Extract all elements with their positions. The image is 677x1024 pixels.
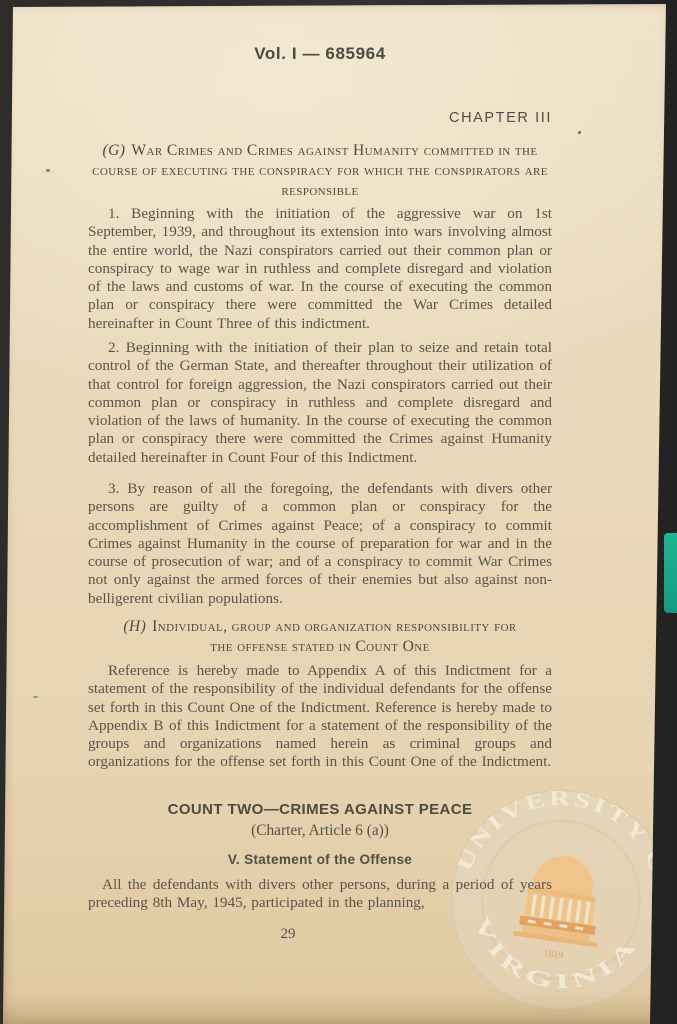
- count-two-heading: COUNT TWO—CRIMES AGAINST PEACE: [88, 801, 552, 818]
- count-two-opening-paragraph: All the defendants with divers other per…: [88, 876, 552, 913]
- scanned-book-page: { "page": { "volume_header": "Vol. I — 6…: [0, 0, 677, 1024]
- paper-speck: [578, 131, 581, 134]
- chapter-label: CHAPTER III: [88, 110, 552, 126]
- section-g-title: War Crimes and Crimes against Humanity c…: [92, 142, 548, 199]
- statement-of-offense-heading: V. Statement of the Offense: [88, 852, 552, 867]
- paper-speck: [33, 696, 38, 698]
- reference-paragraph: Reference is hereby made to Appendix A o…: [88, 662, 552, 772]
- page-number: 29: [88, 926, 488, 943]
- section-h-title: Individual, group and organization respo…: [152, 618, 517, 655]
- paragraph-2: 2. Beginning with the initiation of thei…: [88, 339, 552, 467]
- volume-header: Vol. I — 685964: [88, 44, 552, 64]
- paragraph-3: 3. By reason of all the foregoing, the d…: [88, 480, 552, 608]
- paragraph-1: 1. Beginning with the initiation of the …: [88, 205, 552, 333]
- bookmark-band: [664, 533, 677, 613]
- paper-speck: [46, 169, 50, 172]
- section-g-prefix: (G): [103, 142, 126, 159]
- section-h-prefix: (H): [123, 618, 146, 635]
- section-g-heading: (G)War Crimes and Crimes against Humanit…: [88, 141, 552, 201]
- section-h-heading: (H)Individual, group and organization re…: [88, 617, 552, 657]
- book-page: UNIVERSITY OF VIRGINIA: [0, 0, 677, 1024]
- charter-article-line: (Charter, Article 6 (a)): [88, 822, 552, 840]
